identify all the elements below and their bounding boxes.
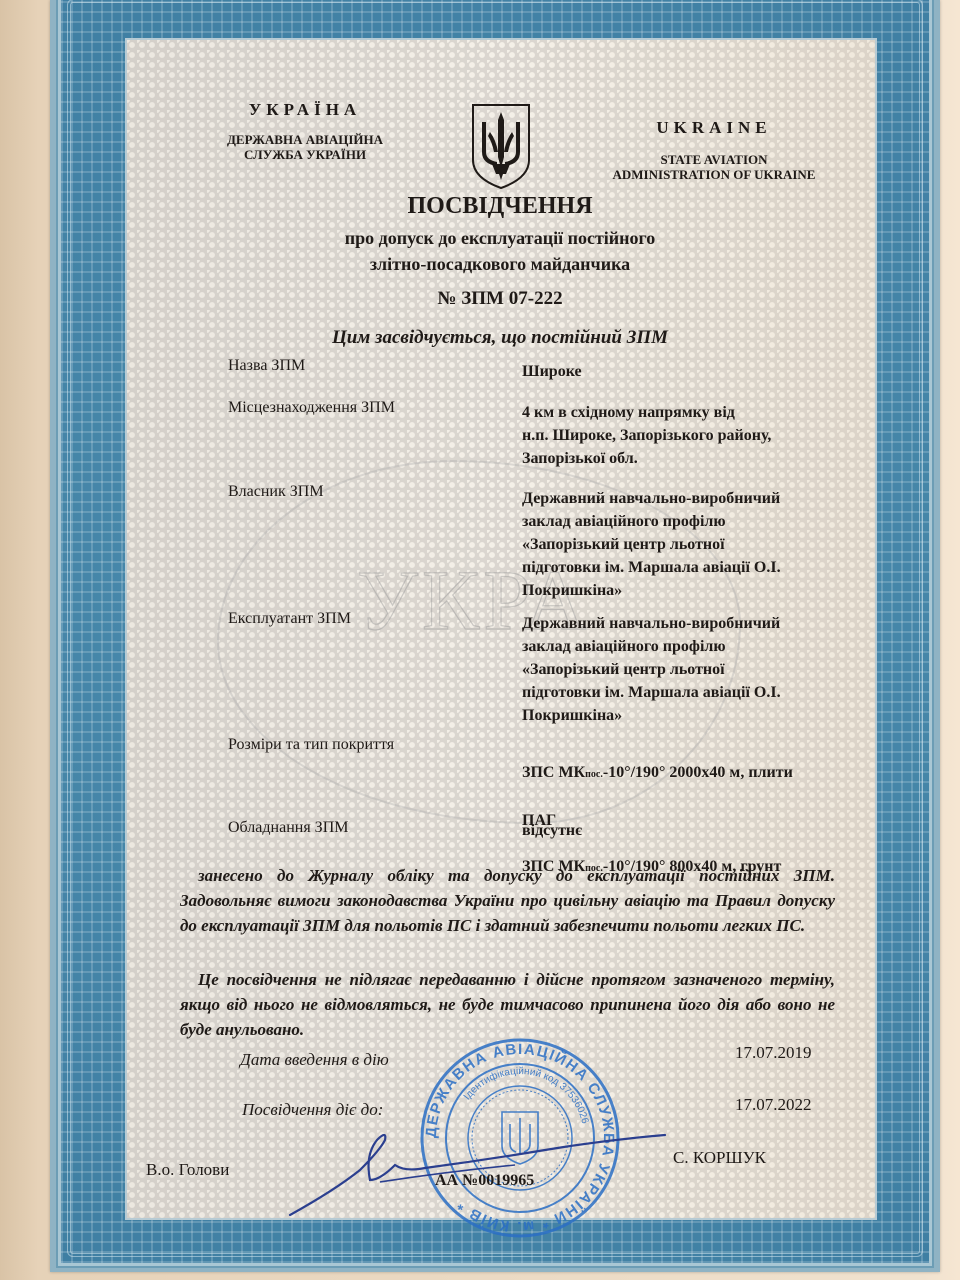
serial-number: АА №0019965 — [435, 1172, 534, 1190]
header-right: UKRAINE STATE AVIATION ADMINISTRATION OF… — [598, 118, 830, 182]
signatory-position: В.о. Голови — [146, 1160, 229, 1180]
runway-1: ЗПС МКпос.-10°/190° 2000x40 м, плити — [522, 761, 793, 786]
field-label-runway: Розміри та тип покриття — [228, 736, 394, 754]
field-value-owner: Державний навчально-виробничий заклад ав… — [522, 487, 781, 602]
agency-ua-line1: ДЕРЖАВНА АВІАЦІЙНА — [210, 132, 400, 147]
effective-date-label: Дата введення в дію — [240, 1050, 389, 1070]
effective-date-value: 17.07.2019 — [735, 1043, 812, 1063]
trident-coat-of-arms-icon — [470, 102, 532, 190]
certificate-number: № ЗПМ 07-222 — [0, 288, 960, 310]
agency-en-line1: STATE AVIATION — [598, 152, 830, 167]
registration-paragraph: занесено до Журналу обліку та допуску до… — [180, 863, 835, 938]
agency-ua-line2: СЛУЖБА УКРАЇНИ — [210, 147, 400, 162]
field-label-owner: Власник ЗПМ — [228, 483, 324, 501]
field-label-operator: Експлуатант ЗПМ — [228, 610, 351, 628]
field-value-equipment: відсутнє — [522, 819, 582, 842]
field-value-name: Широке — [522, 360, 582, 383]
country-en: UKRAINE — [598, 118, 830, 138]
subtitle-line2: злітно-посадкового майданчика — [20, 251, 960, 277]
field-label-location: Місцезнаходження ЗПМ — [228, 399, 395, 417]
field-value-location: 4 км в східному напрямку від н.п. Широке… — [522, 401, 771, 470]
header-left: УКРАЇНА ДЕРЖАВНА АВІАЦІЙНА СЛУЖБА УКРАЇН… — [210, 100, 400, 162]
country-ua: УКРАЇНА — [210, 100, 400, 120]
valid-until-value: 17.07.2022 — [735, 1095, 812, 1115]
agency-en-line2: ADMINISTRATION OF UKRAINE — [598, 167, 830, 182]
certify-statement: Цим засвідчується, що постійний ЗПМ — [0, 327, 960, 349]
subtitle-line1: про допуск до експлуатації постійного — [20, 225, 960, 251]
field-value-operator: Державний навчально-виробничий заклад ав… — [522, 612, 781, 727]
document-title: ПОСВІДЧЕННЯ — [0, 193, 960, 220]
field-label-equipment: Обладнання ЗПМ — [228, 819, 348, 837]
document-subtitle: про допуск до експлуатації постійного зл… — [0, 225, 960, 277]
signatory-name: С. КОРШУК — [673, 1148, 766, 1168]
field-label-name: Назва ЗПМ — [228, 357, 305, 375]
signature-scribble — [285, 1110, 675, 1220]
validity-paragraph: Це посвідчення не підлягає передаванню і… — [180, 967, 835, 1042]
